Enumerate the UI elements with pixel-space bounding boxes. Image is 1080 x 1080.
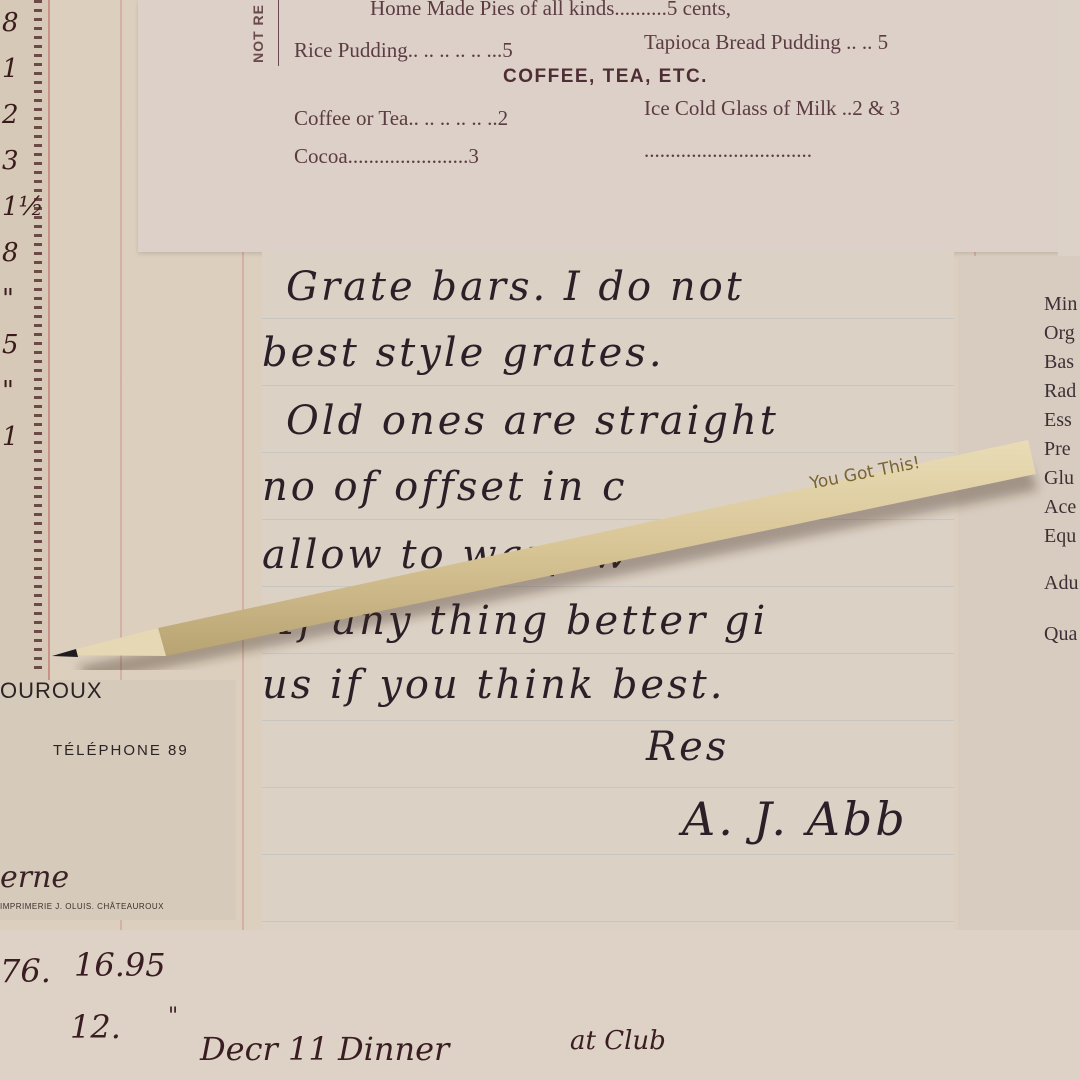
menu-card: NOT RE Home Made Pies of all kinds......…: [138, 0, 1060, 252]
ledger-description: Dinner: [338, 1030, 449, 1068]
left-ledger-strip: 8 1 2 3 1½ 8 " 5 " 1: [0, 0, 50, 680]
menu-divider: [278, 0, 279, 66]
ledger-entry: 12.: [70, 1008, 121, 1046]
pencil-lead: [52, 649, 78, 657]
bottom-ledger-paper: 76. 16.95 12. " Decr 11 Dinner at Club: [0, 930, 1080, 1080]
ledger-number: 8: [2, 0, 32, 46]
list-item: Qua: [1044, 620, 1078, 649]
ledger-number: 5: [2, 322, 32, 368]
right-top-paper: [1058, 0, 1080, 256]
list-item: Org: [1044, 319, 1078, 348]
ledger-entry: 76.: [0, 952, 51, 990]
signature-fragment: erne: [0, 860, 69, 895]
ledger-number: 8: [2, 230, 32, 276]
list-item: Adu: [1044, 569, 1078, 598]
left-strip-numbers: 8 1 2 3 1½ 8 " 5 " 1: [2, 0, 32, 460]
list-item: Bas: [1044, 348, 1078, 377]
ledger-number: ": [2, 368, 32, 414]
list-item: Rad: [1044, 377, 1078, 406]
telephone-label: TÉLÉPHONE 89: [53, 742, 189, 759]
list-item: Ace: [1044, 493, 1078, 522]
menu-item: ................................: [644, 138, 812, 163]
ledger-description: at Club: [570, 1026, 666, 1056]
menu-section-heading: COFFEE, TEA, ETC.: [503, 66, 708, 88]
printer-imprint: IMPRIMERIE J. OLUIS. CHÂTEAUROUX: [0, 902, 164, 911]
list-item: Min: [1044, 290, 1078, 319]
menu-line: Rice Pudding.. .. .. .. .. ...5: [294, 38, 513, 63]
ledger-date: Decr 11: [200, 1030, 329, 1068]
ledger-entry: 16.95: [74, 946, 166, 984]
list-item: Pre: [1044, 435, 1078, 464]
letter-line: Grate bars. I do not: [286, 264, 745, 310]
menu-item: Ice Cold Glass of Milk ..2 & 3: [644, 96, 900, 121]
menu-item: Coffee or Tea.. .. .. .. .. ..2: [294, 106, 508, 131]
letter-line: best style grates.: [262, 330, 665, 376]
ledger-number: 1: [2, 414, 32, 460]
ledger-number: 2: [2, 92, 32, 138]
menu-item: Cocoa.......................3: [294, 144, 479, 169]
ledger-number: 3: [2, 138, 32, 184]
list-item: Ess: [1044, 406, 1078, 435]
menu-line: Tapioca Bread Pudding .. .. 5: [644, 30, 888, 55]
right-doc-list: Min Org Bas Rad Ess Pre Glu Ace Equ Adu …: [1044, 290, 1078, 649]
ledger-number: 1½: [2, 184, 32, 230]
ledger-number: ": [2, 276, 32, 322]
menu-side-label: NOT RE: [250, 4, 266, 63]
squiggle-border: [34, 0, 42, 670]
ledger-entry: ": [168, 1004, 178, 1029]
french-letterhead-card: OUROUX TÉLÉPHONE 89 erne IMPRIMERIE J. O…: [0, 680, 236, 920]
list-item: Equ: [1044, 522, 1078, 551]
letter-signature: A. J. Abb: [682, 792, 908, 846]
ledger-number: 1: [2, 46, 32, 92]
menu-line: Home Made Pies of all kinds..........5 c…: [370, 0, 731, 21]
letter-closing: Res: [646, 724, 729, 770]
city-fragment: OUROUX: [0, 678, 103, 704]
list-item: Glu: [1044, 464, 1078, 493]
